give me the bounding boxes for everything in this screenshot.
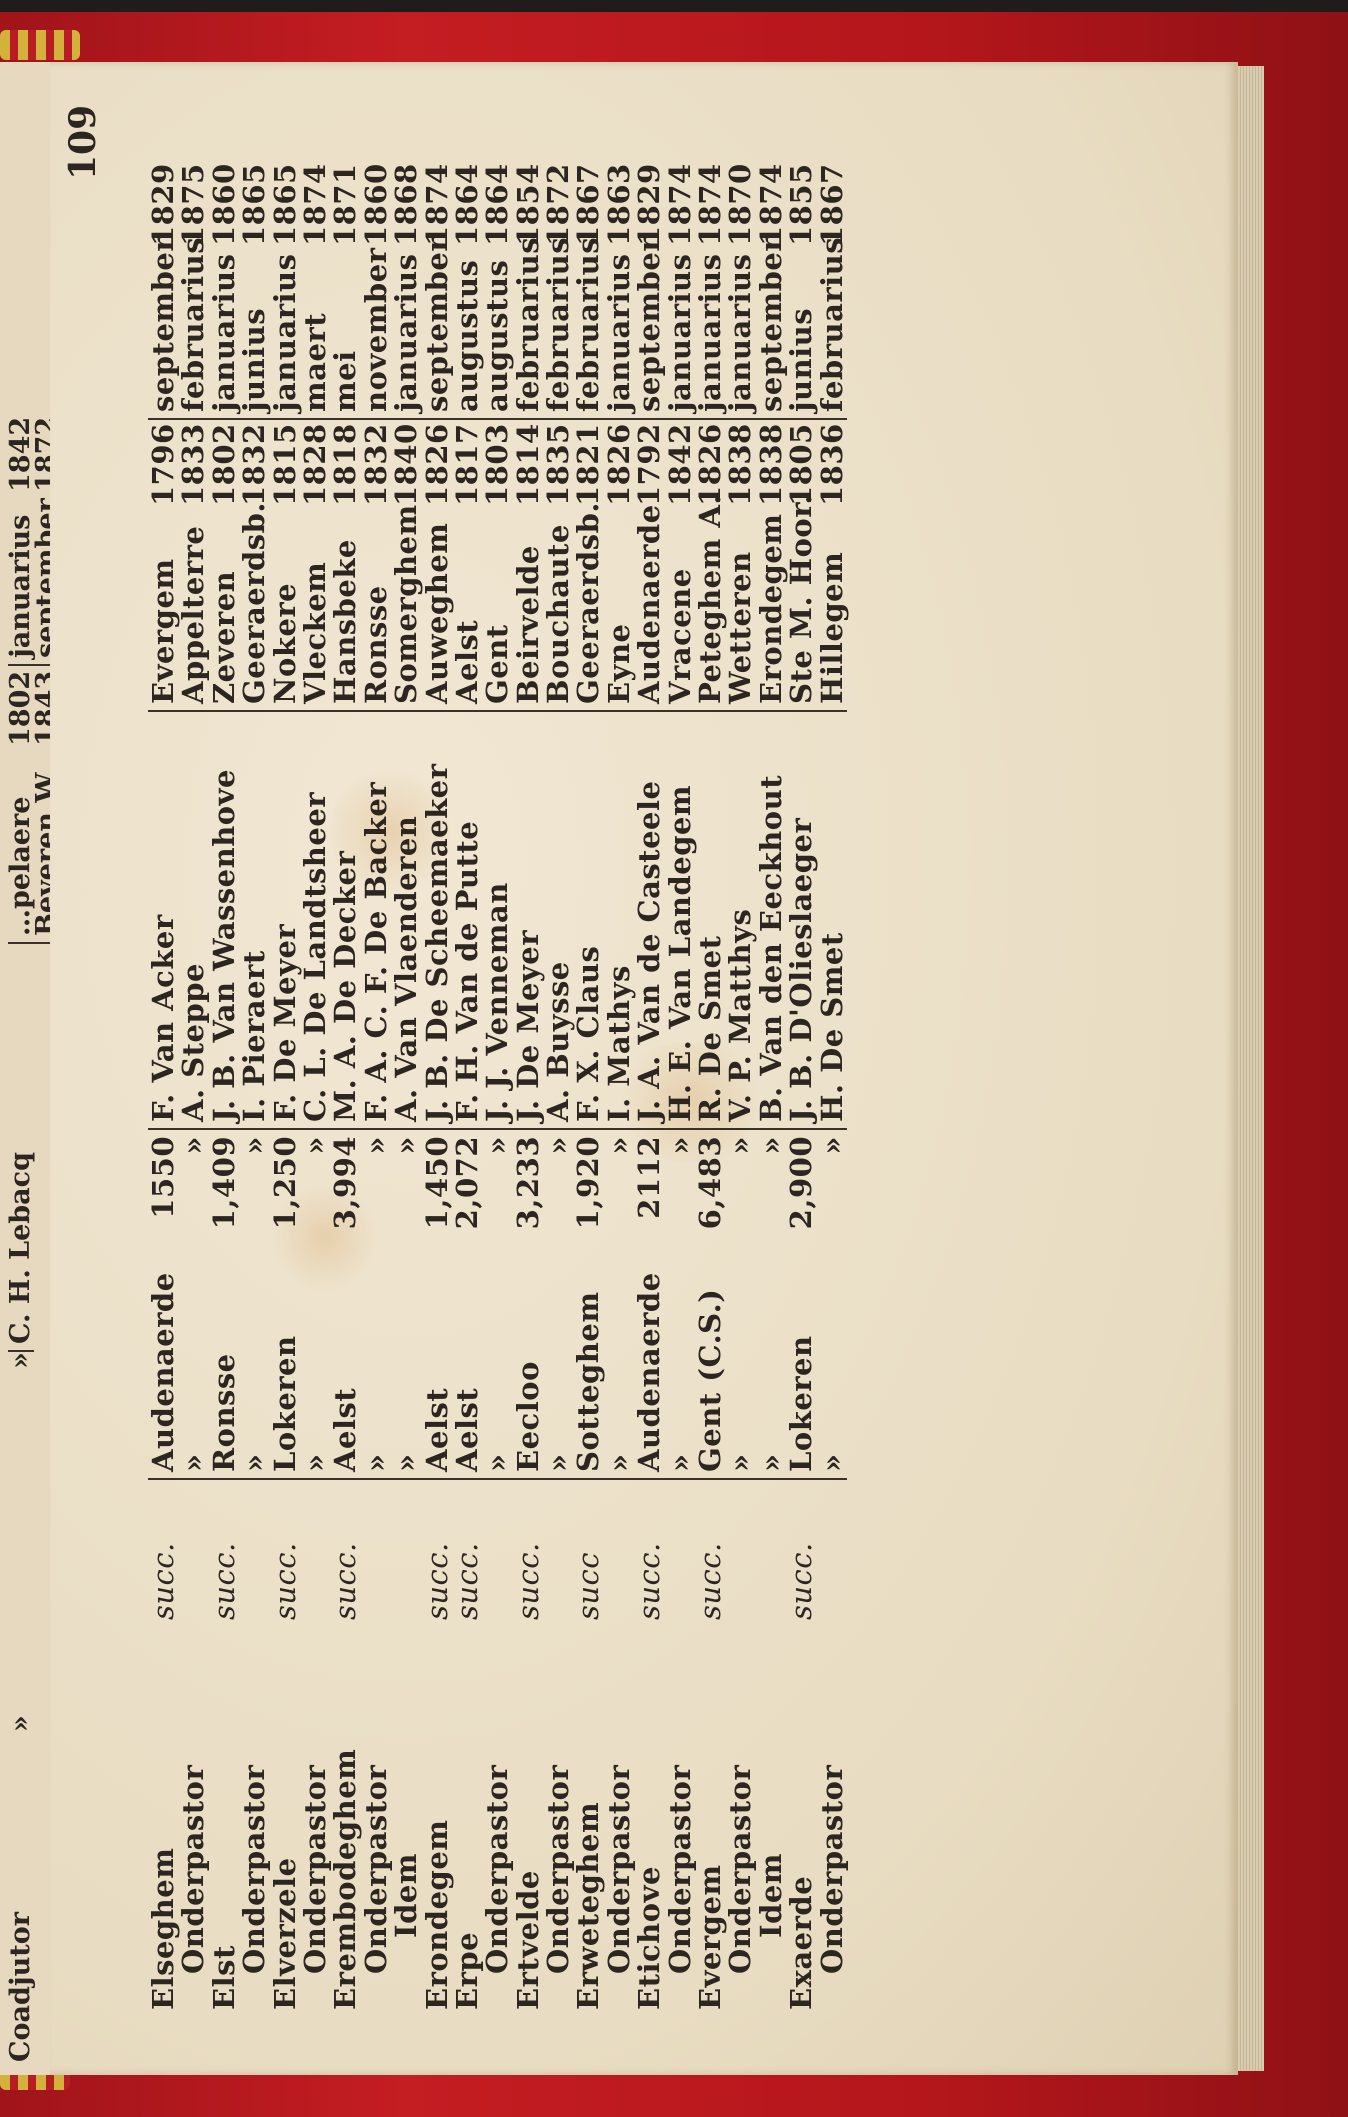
succursal-cell [604, 1480, 634, 1620]
clergy-table: Elseghem succ. Audenaerde 1550 F. Van Ac… [148, 176, 847, 2010]
appointment-month-cell: september [148, 246, 178, 420]
population-cell: 2112 [634, 1130, 664, 1276]
deanery-cell: Lokeren [786, 1276, 816, 1480]
table-row: Elseghem succ. Audenaerde 1550 F. Van Ac… [148, 176, 178, 2010]
appointment-year-cell: 1863 [604, 176, 634, 246]
priest-name-cell: F. A. C. F. De Backer [361, 712, 391, 1130]
parish-cell: Onderpastor [239, 1620, 269, 2010]
appointment-year-cell: 1875 [178, 176, 208, 246]
appointment-month-cell: september [634, 246, 664, 420]
birth-year-cell: 1835 [543, 420, 573, 506]
succursal-cell [178, 1480, 208, 1620]
appointment-month-cell: januarius [695, 246, 725, 420]
table-row: Onderpastor » » J. J. Venneman Gent 1803… [482, 176, 512, 2010]
parish-cell: Elverzele [270, 1620, 300, 2010]
prev-col4: C. H. Lebacq [8, 944, 34, 1352]
birth-year-cell: 1802 [209, 420, 239, 506]
appointment-month-cell: augustus [452, 246, 482, 420]
appointment-month-cell: januarius [209, 246, 239, 420]
parish-cell: Erembodeghem [330, 1620, 360, 2010]
deanery-cell: Gent (C.S.) [695, 1276, 725, 1480]
appointment-month-cell: januarius [665, 246, 695, 420]
priest-name-cell: R. De Smet [695, 712, 725, 1130]
birth-year-cell: 1805 [786, 420, 816, 506]
priest-name-cell: F. X. Claus [573, 712, 603, 1130]
table-row: Idem » » B. Van den Eeckhout Erondegem 1… [756, 176, 786, 2010]
table-row: Onderpastor » » V. P. Matthys Wetteren 1… [725, 176, 755, 2010]
population-cell: » [300, 1130, 330, 1276]
birthplace-cell: Zeveren [209, 506, 239, 712]
appointment-year-cell: 1864 [482, 176, 512, 246]
succursal-cell [817, 1480, 847, 1620]
parish-cell: Etichove [634, 1620, 664, 2010]
birth-year-cell: 1814 [513, 420, 543, 506]
birth-year-cell: 1842 [665, 420, 695, 506]
previous-page-text: Coadjutor » » C. H. Lebacq …pelaere 1802… [8, 62, 53, 2062]
appointment-year-cell: 1855 [786, 176, 816, 246]
birth-year-cell: 1840 [391, 420, 421, 506]
succursal-cell [665, 1480, 695, 1620]
table-row: Erweteghem succ Sotteghem 1,920 F. X. Cl… [573, 176, 603, 2010]
appointment-year-cell: 1874 [695, 176, 725, 246]
deanery-cell: » [361, 1276, 391, 1480]
birth-year-cell: 1803 [482, 420, 512, 506]
population-cell: 1,450 [422, 1130, 452, 1276]
table-row: Onderpastor » » I. Pieraert Geeraerdsb. … [239, 176, 269, 2010]
birth-year-cell: 1792 [634, 420, 664, 506]
parish-cell: Ertvelde [513, 1620, 543, 2010]
table-row: Onderpastor » » C. L. De Landtsheer Vlec… [300, 176, 330, 2010]
priest-name-cell: V. P. Matthys [725, 712, 755, 1130]
succursal-cell: succ. [422, 1480, 452, 1620]
population-cell: 6,483 [695, 1130, 725, 1276]
parish-cell: Onderpastor [665, 1620, 695, 2010]
appointment-year-cell: 1874 [422, 176, 452, 246]
previous-page-edge: Coadjutor » » C. H. Lebacq …pelaere 1802… [0, 62, 53, 2075]
birthplace-cell: Bouchaute [543, 506, 573, 712]
deanery-cell: Aelst [422, 1276, 452, 1480]
birth-year-cell: 1832 [361, 420, 391, 506]
birthplace-cell: Hansbeke [330, 506, 360, 712]
parish-cell: Onderpastor [817, 1620, 847, 2010]
succursal-cell: succ. [209, 1480, 239, 1620]
table-row: Onderpastor » » I. Mathys Eyne 1826 janu… [604, 176, 634, 2010]
priest-name-cell: I. Pieraert [239, 712, 269, 1130]
deanery-cell: » [482, 1276, 512, 1480]
birthplace-cell: Nokere [270, 506, 300, 712]
appointment-month-cell: januarius [270, 246, 300, 420]
priest-name-cell: I. Mathys [604, 712, 634, 1130]
appointment-month-cell: februarius [817, 246, 847, 420]
birthplace-cell: Wetteren [725, 506, 755, 712]
appointment-year-cell: 1829 [634, 176, 664, 246]
birth-year-cell: 1826 [604, 420, 634, 506]
priest-name-cell: A. Steppe [178, 712, 208, 1130]
priest-name-cell: J. B. De Scheemaeker [422, 712, 452, 1130]
priest-name-cell: F. Van Acker [148, 712, 178, 1130]
birthplace-cell: Peteghem A. [695, 506, 725, 712]
succursal-cell [725, 1480, 755, 1620]
page-number: 109 [62, 105, 104, 180]
population-cell: 3,994 [330, 1130, 360, 1276]
birth-year-cell: 1817 [452, 420, 482, 506]
population-cell: 2,072 [452, 1130, 482, 1276]
deanery-cell: » [178, 1276, 208, 1480]
deanery-cell: » [239, 1276, 269, 1480]
parish-cell: Elst [209, 1620, 239, 2010]
succursal-cell: succ. [148, 1480, 178, 1620]
parish-cell: Erweteghem [573, 1620, 603, 2010]
succursal-cell [543, 1480, 573, 1620]
appointment-year-cell: 1854 [513, 176, 543, 246]
appointment-month-cell: januarius [391, 246, 421, 420]
population-cell: » [756, 1130, 786, 1276]
priest-name-cell: F. H. Van de Putte [452, 712, 482, 1130]
succursal-cell: succ. [270, 1480, 300, 1620]
parish-cell: Exaerde [786, 1620, 816, 2010]
parish-cell: Onderpastor [482, 1620, 512, 2010]
parish-cell: Onderpastor [604, 1620, 634, 2010]
succursal-cell: succ. [513, 1480, 543, 1620]
succursal-cell: succ. [330, 1480, 360, 1620]
table-row: Erembodeghem succ. Aelst 3,994 M. A. De … [330, 176, 360, 2010]
appointment-year-cell: 1870 [725, 176, 755, 246]
table-row: Ertvelde succ. Eecloo 3,233 J. De Meyer … [513, 176, 543, 2010]
table-row: Erondegem succ. Aelst 1,450 J. B. De Sch… [422, 176, 452, 2010]
population-cell: » [482, 1130, 512, 1276]
appointment-month-cell: februarius [178, 246, 208, 420]
parish-cell: Erondegem [422, 1620, 452, 2010]
appointment-month-cell: september [422, 246, 452, 420]
birth-year-cell: 1821 [573, 420, 603, 506]
deanery-cell: » [543, 1276, 573, 1480]
birthplace-cell: Auweghem [422, 506, 452, 712]
appointment-year-cell: 1865 [239, 176, 269, 246]
population-cell: 1,920 [573, 1130, 603, 1276]
appointment-year-cell: 1867 [817, 176, 847, 246]
deanery-cell: Aelst [452, 1276, 482, 1480]
deanery-cell: » [756, 1276, 786, 1480]
population-cell: » [725, 1130, 755, 1276]
priest-name-cell: J. De Meyer [513, 712, 543, 1130]
birth-year-cell: 1815 [270, 420, 300, 506]
population-cell: » [361, 1130, 391, 1276]
birth-year-cell: 1833 [178, 420, 208, 506]
priest-name-cell: J. B. Van Wassenhove [209, 712, 239, 1130]
succursal-cell: succ. [634, 1480, 664, 1620]
birth-year-cell: 1836 [817, 420, 847, 506]
birthplace-cell: Vracene [665, 506, 695, 712]
appointment-year-cell: 1872 [543, 176, 573, 246]
priest-name-cell: J. J. Venneman [482, 712, 512, 1130]
birth-year-cell: 1828 [300, 420, 330, 506]
parish-cell: Onderpastor [725, 1620, 755, 2010]
appointment-month-cell: november [361, 246, 391, 420]
appointment-year-cell: 1867 [573, 176, 603, 246]
birth-year-cell: 1826 [695, 420, 725, 506]
population-cell: » [543, 1130, 573, 1276]
page-stack-edge [1238, 66, 1264, 2071]
prev-col1: Coadjutor [8, 1732, 34, 2062]
birthplace-cell: Somerghem [391, 506, 421, 712]
appointment-month-cell: junius [786, 246, 816, 420]
succursal-cell [391, 1480, 421, 1620]
deanery-cell: » [391, 1276, 421, 1480]
birthplace-cell: Aelst [452, 506, 482, 712]
population-cell: » [817, 1130, 847, 1276]
population-cell: » [391, 1130, 421, 1276]
birthplace-cell: Vleckem [300, 506, 330, 712]
deanery-cell: Eecloo [513, 1276, 543, 1480]
succursal-cell [482, 1480, 512, 1620]
bookmark-ribbon-icon [0, 30, 80, 60]
appointment-month-cell: september [756, 246, 786, 420]
table-row: Elst succ. Ronsse 1,409 J. B. Van Wassen… [209, 176, 239, 2010]
table-row: Exaerde succ. Lokeren 2,900 J. B. D'Olie… [786, 176, 816, 2010]
population-cell: » [604, 1130, 634, 1276]
succursal-cell [300, 1480, 330, 1620]
table-row: Elverzele succ. Lokeren 1,250 F. De Meye… [270, 176, 300, 2010]
priest-name-cell: J. B. D'Olieslaeger [786, 712, 816, 1130]
priest-name-cell: M. A. De Decker [330, 712, 360, 1130]
prev-col3: » [8, 1352, 34, 1592]
appointment-year-cell: 1868 [391, 176, 421, 246]
appointment-year-cell: 1874 [665, 176, 695, 246]
population-cell: 2,900 [786, 1130, 816, 1276]
birth-year-cell: 1838 [756, 420, 786, 506]
appointment-month-cell: februarius [573, 246, 603, 420]
succursal-cell [361, 1480, 391, 1620]
parish-cell: Idem [391, 1620, 421, 2010]
birthplace-cell: Geeraerdsb. [573, 506, 603, 712]
priest-name-cell: A. Buysse [543, 712, 573, 1130]
birthplace-cell: Evergem [148, 506, 178, 712]
birth-year-cell: 1826 [422, 420, 452, 506]
deanery-cell: » [665, 1276, 695, 1480]
succursal-cell: succ. [786, 1480, 816, 1620]
parish-cell: Evergem [695, 1620, 725, 2010]
priest-name-cell: F. De Meyer [270, 712, 300, 1130]
appointment-month-cell: februarius [543, 246, 573, 420]
succursal-cell [239, 1480, 269, 1620]
priest-name-cell: J. A. Van de Casteele [634, 712, 664, 1130]
priest-name-cell: C. L. De Landtsheer [300, 712, 330, 1130]
birthplace-cell: Hillegem [817, 506, 847, 712]
appointment-year-cell: 1860 [209, 176, 239, 246]
parish-cell: Onderpastor [300, 1620, 330, 2010]
deanery-cell: » [817, 1276, 847, 1480]
appointment-month-cell: maert [300, 246, 330, 420]
deanery-cell: Audenaerde [148, 1276, 178, 1480]
parish-cell: Erpe [452, 1620, 482, 2010]
appointment-year-cell: 1874 [300, 176, 330, 246]
birthplace-cell: Erondegem [756, 506, 786, 712]
birthplace-cell: Appelterre [178, 506, 208, 712]
parish-cell: Onderpastor [361, 1620, 391, 2010]
deanery-cell: » [725, 1276, 755, 1480]
table-row: Onderpastor » » F. A. C. F. De Backer Ro… [361, 176, 391, 2010]
deanery-cell: Aelst [330, 1276, 360, 1480]
population-cell: » [239, 1130, 269, 1276]
population-cell: » [665, 1130, 695, 1276]
population-cell: 1550 [148, 1130, 178, 1276]
parish-cell: Elseghem [148, 1620, 178, 2010]
population-cell: 1,250 [270, 1130, 300, 1276]
appointment-year-cell: 1829 [148, 176, 178, 246]
birthplace-cell: Ronsse [361, 506, 391, 712]
appointment-year-cell: 1874 [756, 176, 786, 246]
birthplace-cell: Gent [482, 506, 512, 712]
population-cell: 1,409 [209, 1130, 239, 1276]
appointment-month-cell: januarius [604, 246, 634, 420]
appointment-month-cell: mei [330, 246, 360, 420]
succursal-cell: succ [573, 1480, 603, 1620]
deanery-cell: Audenaerde [634, 1276, 664, 1480]
appointment-month-cell: junius [239, 246, 269, 420]
priest-name-cell: H. E. Van Landegem [665, 712, 695, 1130]
birthplace-cell: Beirvelde [513, 506, 543, 712]
appointment-year-cell: 1865 [270, 176, 300, 246]
birth-year-cell: 1832 [239, 420, 269, 506]
population-cell: » [178, 1130, 208, 1276]
table-row: Onderpastor » » H. E. Van Landegem Vrace… [665, 176, 695, 2010]
succursal-cell: succ. [695, 1480, 725, 1620]
succursal-cell [756, 1480, 786, 1620]
prev-col2: » [8, 1592, 34, 1732]
deanery-cell: Lokeren [270, 1276, 300, 1480]
appointment-month-cell: februarius [513, 246, 543, 420]
parish-cell: Idem [756, 1620, 786, 2010]
deanery-cell: » [300, 1276, 330, 1480]
appointment-year-cell: 1864 [452, 176, 482, 246]
appointment-month-cell: januarius [725, 246, 755, 420]
birthplace-cell: Ste M. Hoor. [786, 506, 816, 712]
birth-year-cell: 1838 [725, 420, 755, 506]
deanery-cell: » [604, 1276, 634, 1480]
deanery-cell: Sotteghem [573, 1276, 603, 1480]
succursal-cell: succ. [452, 1480, 482, 1620]
priest-name-cell: A. Van Vlaenderen [391, 712, 421, 1130]
table-row: Onderpastor » » H. De Smet Hillegem 1836… [817, 176, 847, 2010]
birth-year-cell: 1796 [148, 420, 178, 506]
priest-name-cell: H. De Smet [817, 712, 847, 1130]
table-row: Erpe succ. Aelst 2,072 F. H. Van de Putt… [452, 176, 482, 2010]
table-row: Evergem succ. Gent (C.S.) 6,483 R. De Sm… [695, 176, 725, 2010]
birthplace-cell: Audenaerde [634, 506, 664, 712]
birthplace-cell: Geeraerdsb. [239, 506, 269, 712]
table-row: Idem » » A. Van Vlaenderen Somerghem 184… [391, 176, 421, 2010]
appointment-month-cell: augustus [482, 246, 512, 420]
table-row: Etichove succ. Audenaerde 2112 J. A. Van… [634, 176, 664, 2010]
population-cell: 3,233 [513, 1130, 543, 1276]
appointment-year-cell: 1860 [361, 176, 391, 246]
table-row: Onderpastor » » A. Steppe Appelterre 183… [178, 176, 208, 2010]
parish-cell: Onderpastor [178, 1620, 208, 2010]
previous-page-line: Coadjutor » » C. H. Lebacq …pelaere 1802… [8, 62, 34, 2062]
birth-year-cell: 1818 [330, 420, 360, 506]
birthplace-cell: Eyne [604, 506, 634, 712]
deanery-cell: Ronsse [209, 1276, 239, 1480]
table-row: Onderpastor » » A. Buysse Bouchaute 1835… [543, 176, 573, 2010]
appointment-year-cell: 1871 [330, 176, 360, 246]
parish-cell: Onderpastor [543, 1620, 573, 2010]
priest-name-cell: B. Van den Eeckhout [756, 712, 786, 1130]
background-dark-strip [0, 0, 1348, 12]
